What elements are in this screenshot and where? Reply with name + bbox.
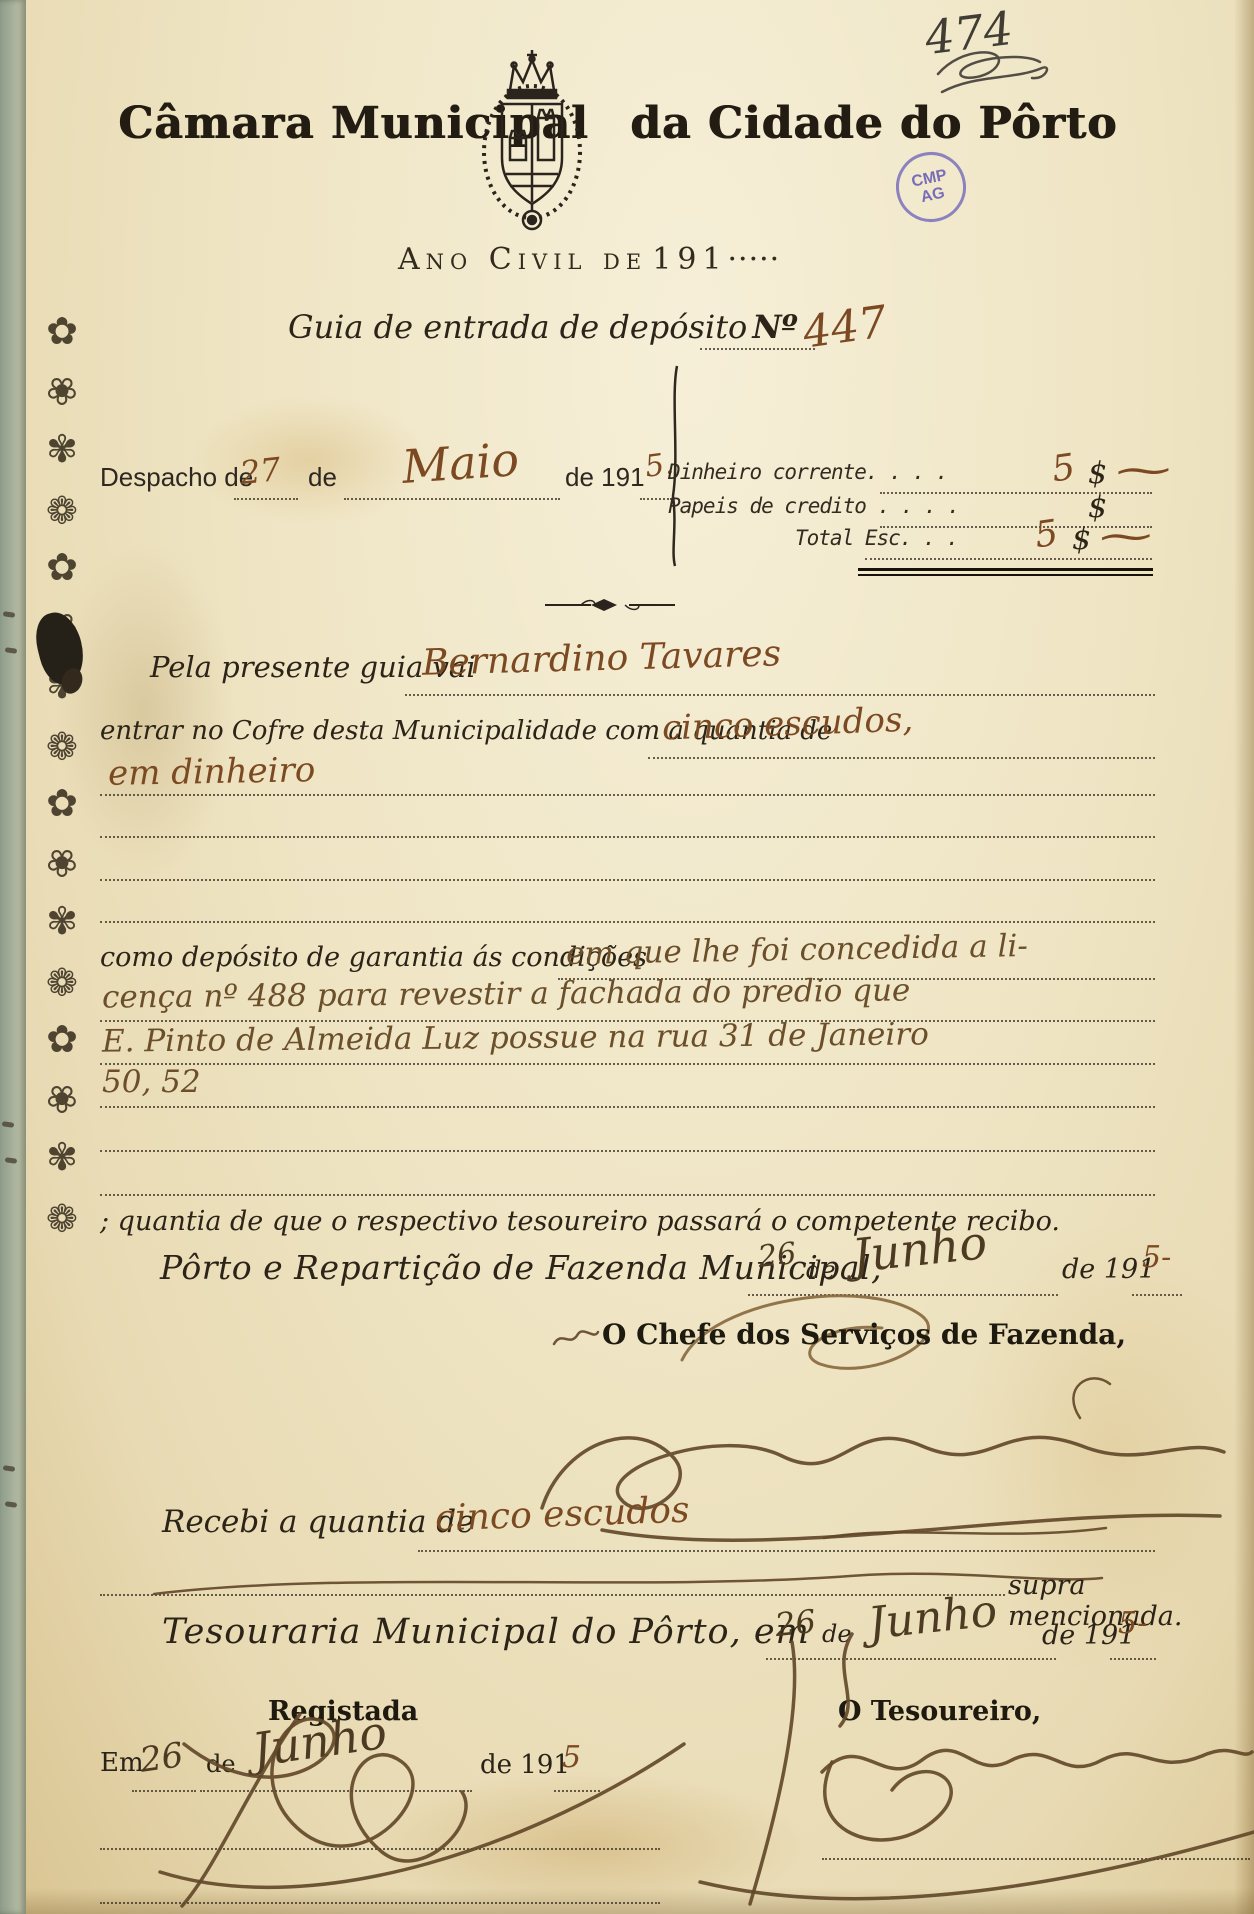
ornament-glyph-icon: ✾ [46,1128,78,1187]
amount-row-label: Total Esc. . . [795,526,958,550]
dotted-line [418,1550,1155,1552]
amount-row-value: 5 [1032,513,1060,557]
chief-pre-squiggle [550,1322,602,1352]
amount-row-label: Papeis de credito . . . . [668,494,959,518]
civil-year-prefix: Ano Civil de [398,242,647,277]
civil-year-dots: ····· [728,242,781,277]
amount-row-symbol: $ [1072,522,1091,557]
amount-row-label: Dinheiro corrente. . . . [668,460,947,484]
scanned-deposit-form: ✿❀✾❁✿❀✾❁✿❀✾❁✿❀✾❁ 474 CMP AG Câmara Munic… [0,0,1254,1914]
dotted-line [100,1194,1155,1196]
guarantee-hand-1: em que lhe foi concedida a li- [566,928,1028,972]
dotted-line [100,836,1155,838]
ornament-glyph-icon: ✾ [46,420,78,479]
divider-ornament-icon [545,594,675,616]
civil-year-printed: 191 [652,242,727,277]
dotted-line [100,1106,1155,1108]
guarantee-hand-3: E. Pinto de Almeida Luz possue na rua 31… [102,1016,929,1059]
ornament-glyph-icon: ❁ [46,479,78,538]
ornament-glyph-icon: ✿ [46,1010,78,1069]
dotted-line [100,921,1155,923]
ornament-glyph-icon: ❀ [46,833,78,892]
body-line1-hand: Bernardino Tavares [422,633,782,683]
dotted-line [100,879,1155,881]
body-line3-hand: em dinheiro [108,750,316,794]
dotted-line [344,498,560,500]
dotted-line [865,558,1152,560]
issue-day: 26 [756,1236,798,1275]
guarantee-hand-2: cença nº 488 para revestir a fachada do … [102,972,911,1015]
despacho-de-2: de 191 [565,462,645,493]
ornament-glyph-icon: ❁ [46,1187,78,1246]
amount-row-cents: ~ [1094,514,1158,558]
total-double-rule [858,574,1153,576]
dotted-line [100,1150,1155,1152]
despacho-day: 27 [238,450,282,492]
recebi-dash-stroke [820,1516,1112,1550]
issue-de-1: de [806,1256,836,1284]
chief-title: O Chefe dos Serviços de Fazenda, [602,1318,1126,1351]
ornament-glyph-icon: ❁ [46,951,78,1010]
ornament-glyph-icon: ❁ [46,715,78,774]
ornament-glyph-icon: ✿ [46,302,78,361]
dotted-line [1132,1294,1182,1296]
amount-row-cents: ~ [1110,448,1177,492]
signature-treasurer [500,1630,1254,1914]
ornament-glyph-icon: ❀ [46,361,78,420]
recebi-printed: Recebi a quantia de [162,1504,475,1540]
porto-coat-of-arms-icon [466,46,598,238]
body-line2-hand: cinco escudos, [661,700,913,749]
form-number-label: Nº [752,308,797,346]
dotted-line [100,1063,1155,1065]
dotted-line [700,348,815,350]
civil-year-line: Ano Civil de 191····· [398,242,780,277]
issue-year-digit: 5- [1142,1240,1171,1275]
form-title: Guia de entrada de depósito [288,308,747,346]
dotted-line [100,794,1155,796]
ornament-glyph-icon: ✿ [46,774,78,833]
total-double-rule [858,568,1153,571]
stamp-line-2: AG [919,185,946,207]
dotted-line [648,757,1155,759]
paper-stain [190,395,430,525]
dotted-line [234,498,298,500]
ornament-glyph-icon: ❀ [46,1069,78,1128]
header-title-right: da Cidade do Pôrto [630,98,1117,149]
ornamental-border: ✿❀✾❁✿❀✾❁✿❀✾❁✿❀✾❁ [30,302,94,1250]
form-title-line: Guia de entrada de depósito Nº 447 [288,298,887,349]
left-binding-strip [0,0,26,1914]
dotted-line [405,694,1155,696]
ornament-glyph-icon: ✾ [46,892,78,951]
despacho-de-1: de [308,462,337,493]
despacho-label: Despacho de [100,462,253,493]
round-stamp: CMP AG [889,145,972,228]
amount-row-symbol: $ [1088,456,1107,491]
despacho-month: Maio [400,432,520,494]
guarantee-hand-4: 50, 52 [102,1064,201,1100]
amount-row-value: 5 [1049,447,1077,491]
ornament-glyph-icon: ✿ [46,538,78,597]
